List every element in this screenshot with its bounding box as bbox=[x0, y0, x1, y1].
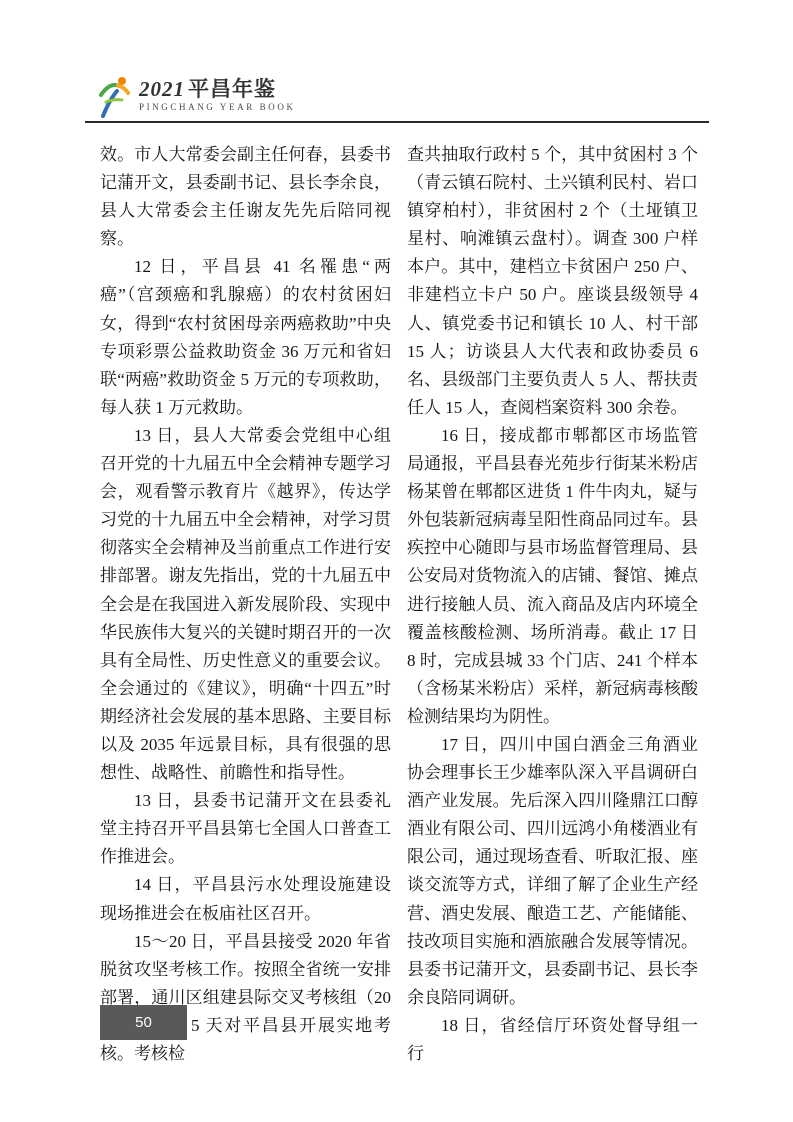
paragraph: 12 日，平昌县 41 名罹患“两癌”（宫颈癌和乳腺癌）的农村贫困妇女，得到“农… bbox=[100, 253, 391, 422]
text-column-right: 查共抽取行政村 5 个，其中贫困村 3 个（青云镇石院村、土兴镇利民村、岩口镇穿… bbox=[407, 141, 698, 1068]
logo-subtitle: PINGCHANG YEAR BOOK bbox=[139, 102, 296, 112]
paragraph: 18 日，省经信厅环资处督导组一行 bbox=[407, 1012, 698, 1068]
logo-title-row: 2021平昌年鉴 bbox=[139, 78, 296, 100]
logo-text: 2021平昌年鉴 PINGCHANG YEAR BOOK bbox=[139, 74, 296, 112]
logo-title: 平昌年鉴 bbox=[188, 77, 276, 101]
paragraph: 13 日，县人大常委会党组中心组召开党的十九届五中全会精神专题学习会，观看警示教… bbox=[100, 422, 391, 787]
paragraph: 15～20 日，平昌县接受 2020 年省脱贫攻坚考核工作。按照全省统一安排部署… bbox=[100, 928, 391, 1068]
text-column-left: 效。市人大常委会副主任何春，县委书记蒲开文，县委副书记、县长李余良，县人大常委会… bbox=[100, 141, 391, 1068]
yearbook-page: 2021平昌年鉴 PINGCHANG YEAR BOOK 效。市人大常委会副主任… bbox=[0, 0, 793, 1122]
paragraph: 14 日，平昌县污水处理设施建设现场推进会在板庙社区召开。 bbox=[100, 871, 391, 927]
page-body: 效。市人大常委会副主任何春，县委书记蒲开文，县委副书记、县长李余良，县人大常委会… bbox=[100, 141, 698, 1068]
paragraph: 查共抽取行政村 5 个，其中贫困村 3 个（青云镇石院村、土兴镇利民村、岩口镇穿… bbox=[407, 141, 698, 422]
page-number-badge: 50 bbox=[100, 1005, 187, 1040]
paragraph: 效。市人大常委会副主任何春，县委书记蒲开文，县委副书记、县长李余良，县人大常委会… bbox=[100, 141, 391, 253]
header-divider bbox=[85, 121, 709, 123]
paragraph: 13 日，县委书记蒲开文在县委礼堂主持召开平昌县第七全国人口普查工作推进会。 bbox=[100, 787, 391, 871]
yearbook-logo: 2021平昌年鉴 PINGCHANG YEAR BOOK bbox=[96, 74, 296, 118]
paragraph: 16 日，接成都市郫都区市场监管局通报，平昌县春光苑步行街某米粉店杨某曾在郫都区… bbox=[407, 422, 698, 731]
yearbook-figure-icon bbox=[96, 74, 132, 118]
logo-year: 2021 bbox=[139, 77, 185, 101]
paragraph: 17 日，四川中国白酒金三角酒业协会理事长王少雄率队深入平昌调研白酒产业发展。先… bbox=[407, 731, 698, 1012]
